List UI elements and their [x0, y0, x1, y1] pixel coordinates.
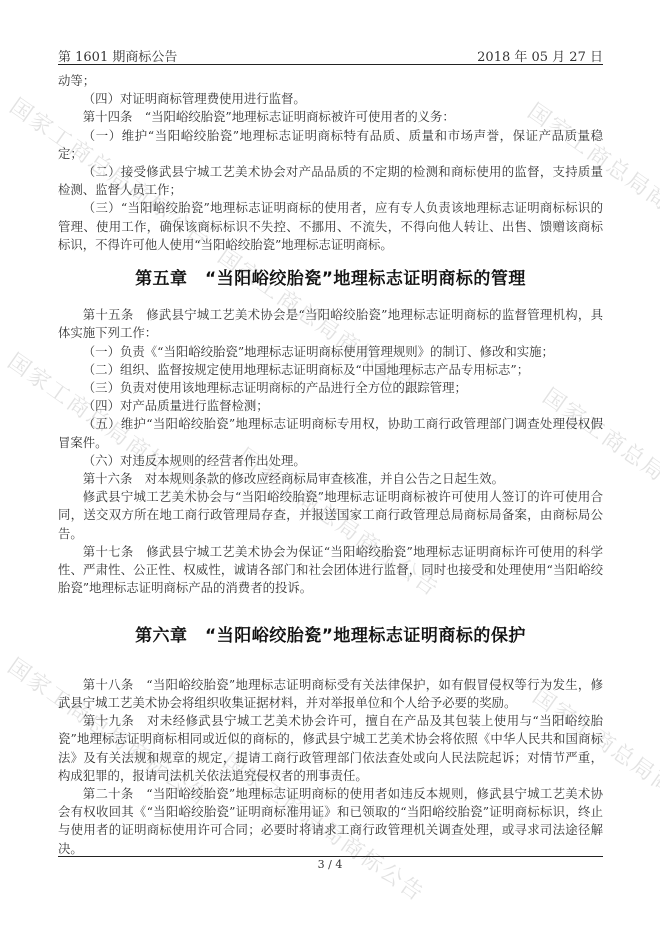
document-body: 动等； （四）对证明商标管理费使用进行监督。 第十四条 “当阳峪绞胎瓷”地理标志…: [58, 72, 603, 858]
paragraph: （一）负责《“当阳峪绞胎瓷”地理标志证明商标使用管理规则》的制订、修改和实施；: [58, 343, 603, 361]
document-page: 国家工商总局商标公告 国家工商总局商标公告 国家工商总局商标公告 国家工商总局商…: [0, 0, 660, 933]
article-16: 第十六条 对本规则条款的修改应经商标局审查核准，并自公告之日起生效。: [58, 470, 603, 488]
article-20: 第二十条 “当阳峪绞胎瓷”地理标志证明商标的使用者如违反本规则，修武县宁城工艺美…: [58, 785, 603, 858]
paragraph: （二）接受修武县宁城工艺美术协会对产品品质的不定期的检测和商标使用的监督，支持质…: [58, 163, 603, 199]
paragraph: 修武县宁城工艺美术协会与“当阳峪绞胎瓷”地理标志证明商标被许可使用人签订的许可使…: [58, 488, 603, 543]
chapter-6-title: 第六章 “当阳峪绞胎瓷”地理标志证明商标的保护: [58, 627, 603, 645]
paragraph: （五）维护“当阳峪绞胎瓷”地理标志证明商标专用权，协助工商行政管理部门调查处理侵…: [58, 415, 603, 451]
article-15: 第十五条 修武县宁城工艺美术协会是“当阳峪绞胎瓷”地理标志证明商标的监督管理机构…: [58, 306, 603, 342]
paragraph: （一）维护“当阳峪绞胎瓷”地理标志证明商标特有品质、质量和市场声誉，保证产品质量…: [58, 127, 603, 163]
paragraph: （四）对产品质量进行监督检测；: [58, 397, 603, 415]
paragraph: （三）“当阳峪绞胎瓷”地理标志证明商标的使用者，应有专人负责该地理标志证明商标标…: [58, 199, 603, 254]
article-14: 第十四条 “当阳峪绞胎瓷”地理标志证明商标被许可使用者的义务：: [58, 108, 603, 126]
issue-date: 2018 年 05 月 27 日: [477, 46, 603, 65]
page-header: 第 1601 期商标公告 2018 年 05 月 27 日: [58, 40, 603, 65]
article-19: 第十九条 对未经修武县宁城工艺美术协会许可，擅自在产品及其包装上使用与“当阳峪绞…: [58, 712, 603, 785]
paragraph: （四）对证明商标管理费使用进行监督。: [58, 90, 603, 108]
issue-label: 第 1601 期商标公告: [58, 46, 177, 65]
paragraph: 动等；: [58, 72, 603, 90]
paragraph: （三）负责对使用该地理标志证明商标的产品进行全方位的跟踪管理；: [58, 379, 603, 397]
article-17: 第十七条 修武县宁城工艺美术协会为保证“当阳峪绞胎瓷”地理标志证明商标许可使用的…: [58, 543, 603, 598]
paragraph: （二）组织、监督按规定使用地理标志证明商标及“中国地理标志产品专用标志”；: [58, 361, 603, 379]
article-18: 第十八条 “当阳峪绞胎瓷”地理标志证明商标受有关法律保护，如有假冒侵权等行为发生…: [58, 676, 603, 712]
page-number: 3 / 4: [0, 858, 660, 871]
footer-divider: [58, 856, 603, 857]
chapter-5-title: 第五章 “当阳峪绞胎瓷”地理标志证明商标的管理: [58, 270, 603, 288]
paragraph: （六）对违反本规则的经营者作出处理。: [58, 452, 603, 470]
